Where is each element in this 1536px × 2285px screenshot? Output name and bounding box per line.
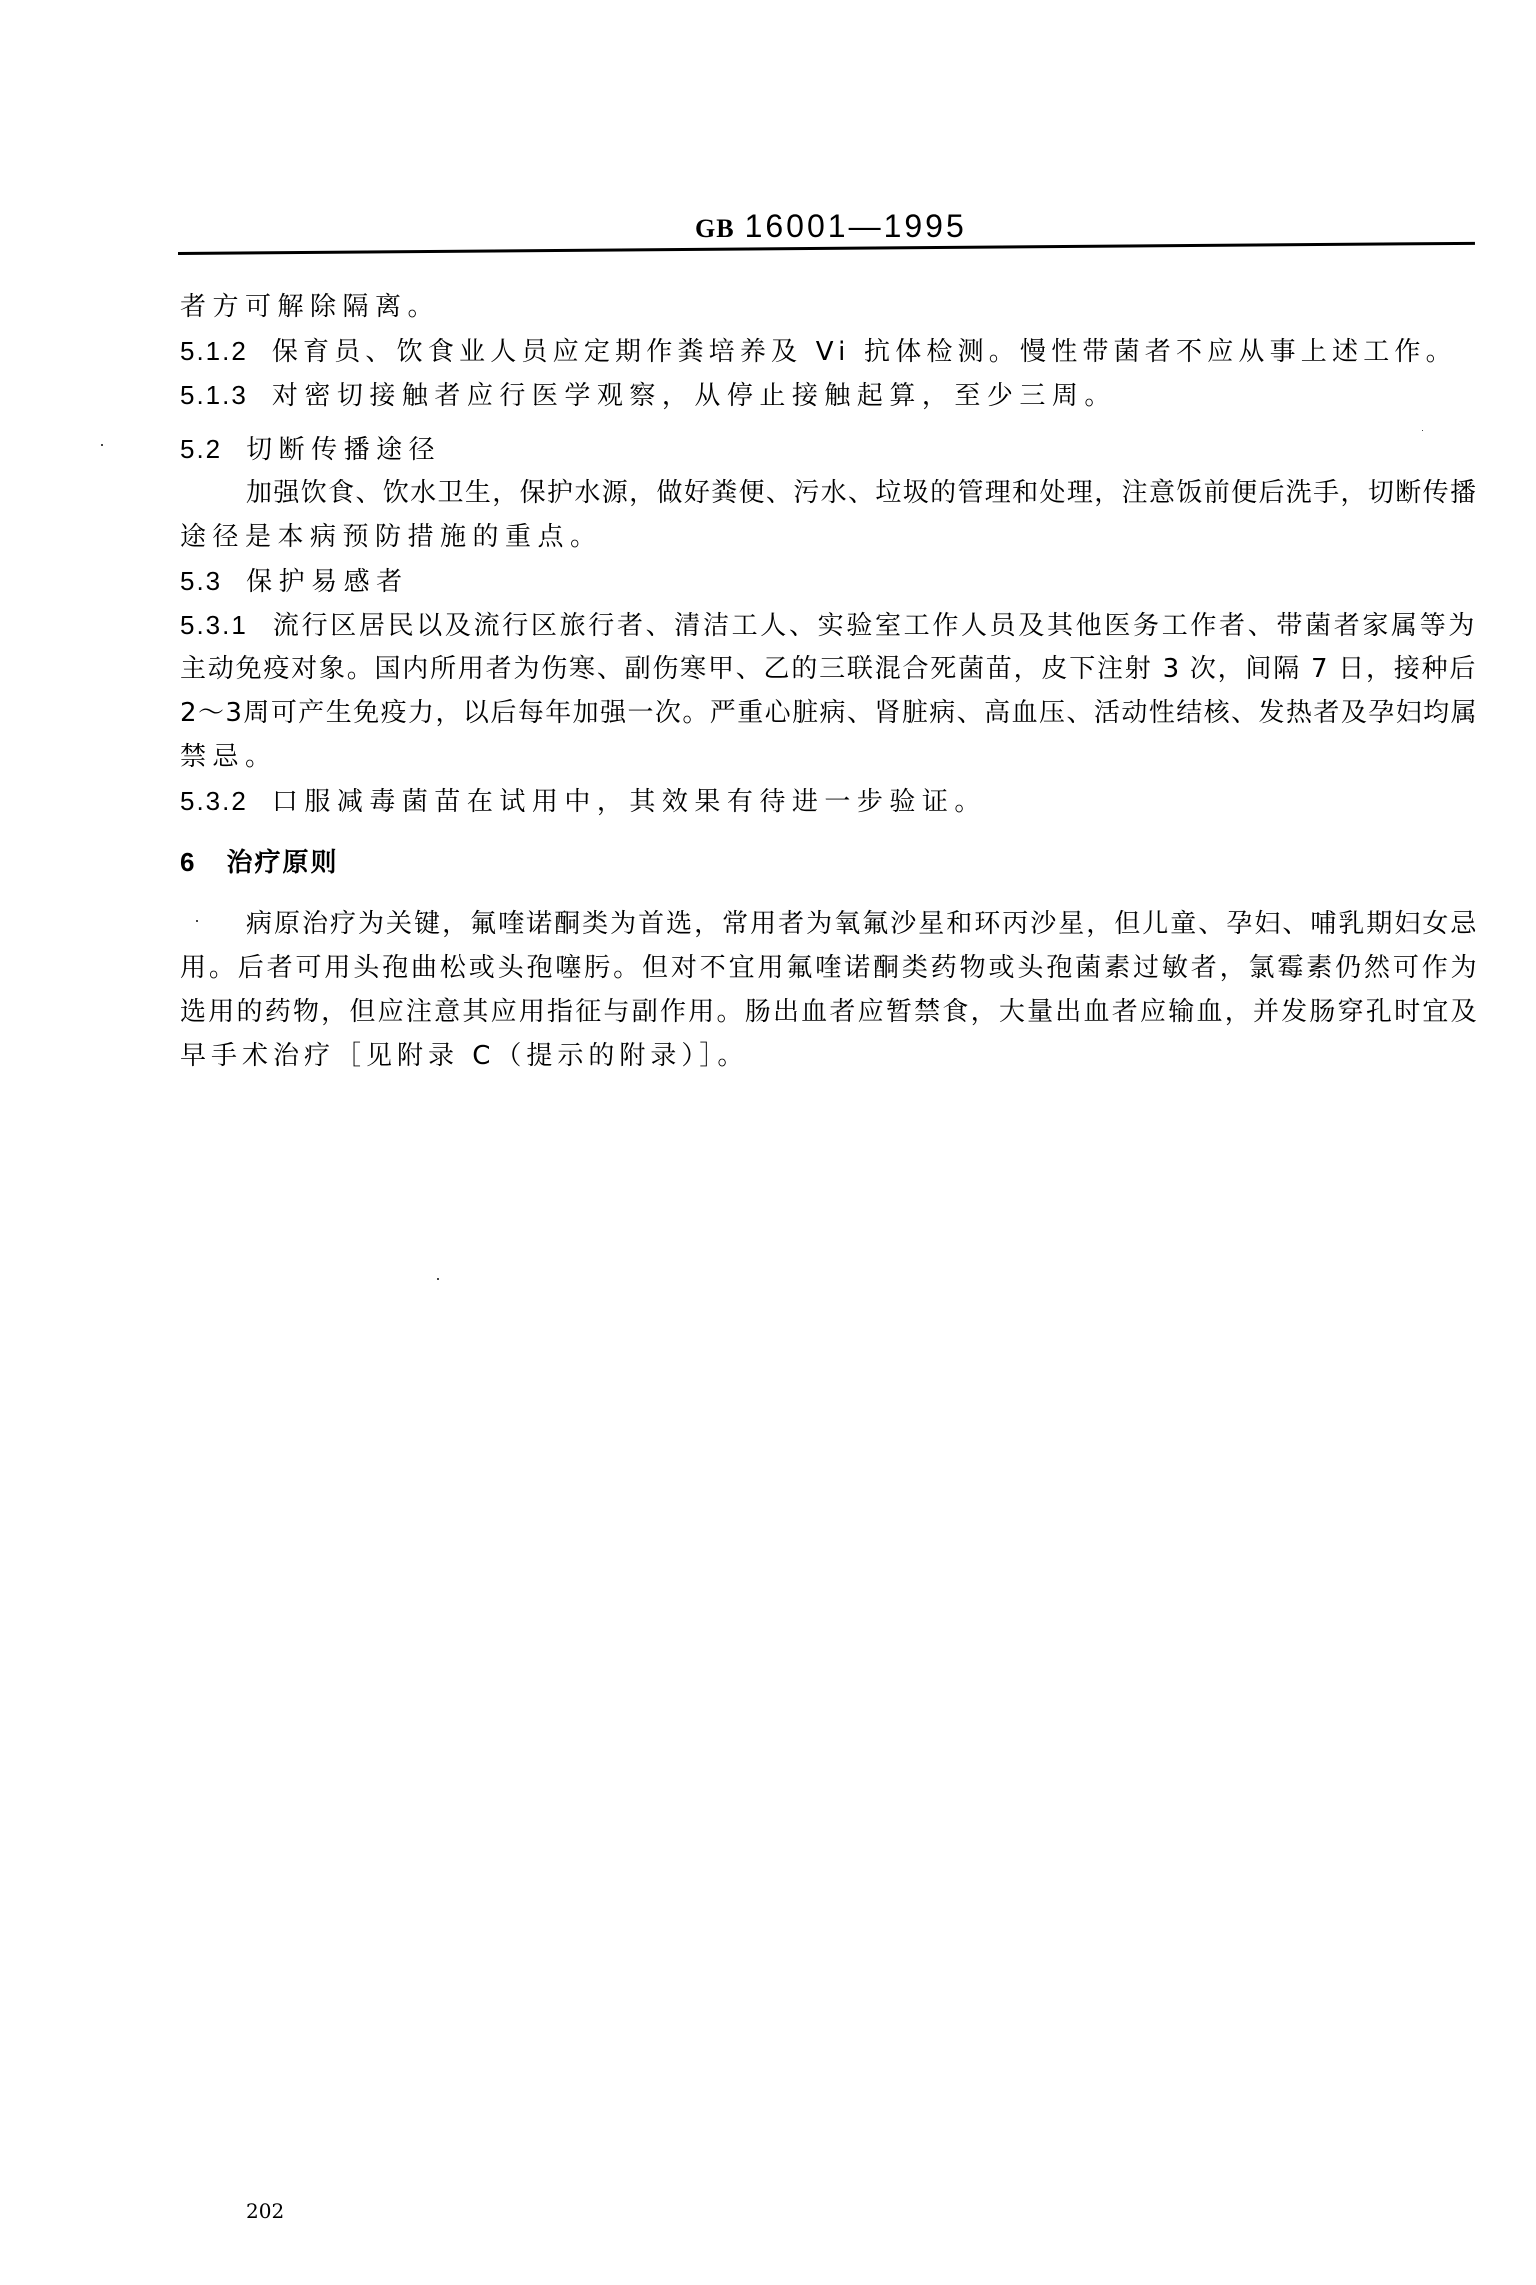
paragraph-line: 禁忌。 (180, 740, 1476, 774)
line-text: 选用的药物，但应注意其应用指征与副作用。肠出血者应暂禁食，大量出血者应输血，并发… (180, 997, 1476, 1027)
scan-artifact (437, 1278, 439, 1280)
clause-text: 口服减毒菌苗在试用中，其效果有待进一步验证。 (272, 787, 987, 817)
clause-5-3-2: 5.3.2口服减毒菌苗在试用中，其效果有待进一步验证。 (180, 784, 1476, 819)
clause-5-2-heading: 5.2切断传播途径 (180, 432, 1476, 467)
line-text: 加强饮食、饮水卫生，保护水源，做好粪便、污水、垃圾的管理和处理，注意饭前便后洗手… (246, 478, 1476, 508)
paragraph-line: 2～3周可产生免疫力，以后每年加强一次。严重心脏病、肾脏病、高血压、活动性结核、… (180, 696, 1476, 730)
clause-5-3-1: 5.3.1流行区居民以及流行区旅行者、清洁工人、实验室工作人员及其他医务工作者、… (180, 608, 1476, 643)
clause-5-1-3: 5.1.3对密切接触者应行医学观察，从停止接触起算，至少三周。 (180, 378, 1476, 413)
clause-text: 对密切接触者应行医学观察，从停止接触起算，至少三周。 (272, 381, 1117, 411)
clause-number: 5.1.2 (180, 334, 248, 368)
text-line-continuation: 者方可解除隔离。 (180, 290, 1476, 324)
line-text: 禁忌。 (180, 742, 278, 772)
section-number: 6 (180, 845, 196, 879)
scan-artifact (101, 444, 103, 446)
clause-number: 5.1.3 (180, 378, 248, 412)
line-text: 早手术治疗［见附录 C（提示的附录）］。 (180, 1041, 748, 1071)
paragraph-line: 用。后者可用头孢曲松或头孢噻肟。但对不宜用氟喹诺酮类药物或头孢菌素过敏者，氯霉素… (180, 951, 1476, 985)
clause-text: 流行区居民以及流行区旅行者、清洁工人、实验室工作人员及其他医务工作者、带菌者家属… (272, 611, 1476, 641)
clause-5-3-heading: 5.3保护易感者 (180, 564, 1476, 599)
paragraph-line: 选用的药物，但应注意其应用指征与副作用。肠出血者应暂禁食，大量出血者应输血，并发… (180, 995, 1476, 1029)
line-text: 用。后者可用头孢曲松或头孢噻肟。但对不宜用氟喹诺酮类药物或头孢菌素过敏者，氯霉素… (180, 953, 1476, 983)
line-text: 主动免疫对象。国内所用者为伤寒、副伤寒甲、乙的三联混合死菌苗，皮下注射 3 次，… (180, 654, 1476, 684)
page-number: 202 (246, 2199, 284, 2223)
clause-number: 5.2 (180, 432, 222, 466)
standard-number: 16001—1995 (745, 208, 967, 244)
paragraph-line: 病原治疗为关键，氟喹诺酮类为首选，常用者为氧氟沙星和环丙沙星，但儿童、孕妇、哺乳… (180, 907, 1476, 941)
paragraph-line: 早手术治疗［见附录 C（提示的附录）］。 (180, 1039, 1476, 1073)
clause-number: 5.3.2 (180, 784, 248, 818)
clause-5-1-2: 5.1.2保育员、饮食业人员应定期作粪培养及 Vi 抗体检测。慢性带菌者不应从事… (180, 334, 1476, 369)
scan-artifact (196, 920, 198, 922)
paragraph-line: 加强饮食、饮水卫生，保护水源，做好粪便、污水、垃圾的管理和处理，注意饭前便后洗手… (180, 476, 1476, 510)
page-header: GB16001—1995 (0, 208, 1536, 244)
section-6-heading: 6治疗原则 (180, 845, 1476, 880)
section-title: 治疗原则 (226, 848, 338, 878)
line-text: 2～3周可产生免疫力，以后每年加强一次。严重心脏病、肾脏病、高血压、活动性结核、… (180, 698, 1476, 728)
clause-title: 切断传播途径 (246, 435, 441, 465)
clause-title: 保护易感者 (246, 567, 409, 597)
clause-number: 5.3.1 (180, 608, 248, 642)
line-text: 途径是本病预防措施的重点。 (180, 522, 603, 552)
scan-artifact (1422, 430, 1423, 431)
clause-text: 保育员、饮食业人员应定期作粪培养及 Vi 抗体检测。慢性带菌者不应从事上述工作。 (272, 337, 1457, 367)
paragraph-line: 主动免疫对象。国内所用者为伤寒、副伤寒甲、乙的三联混合死菌苗，皮下注射 3 次，… (180, 652, 1476, 686)
line-text: 者方可解除隔离。 (180, 292, 440, 322)
paragraph-line: 途径是本病预防措施的重点。 (180, 520, 1476, 554)
line-text: 病原治疗为关键，氟喹诺酮类为首选，常用者为氧氟沙星和环丙沙星，但儿童、孕妇、哺乳… (246, 909, 1476, 939)
standard-designation: GB16001—1995 (695, 208, 967, 247)
standard-prefix: GB (695, 214, 735, 243)
clause-number: 5.3 (180, 564, 222, 598)
